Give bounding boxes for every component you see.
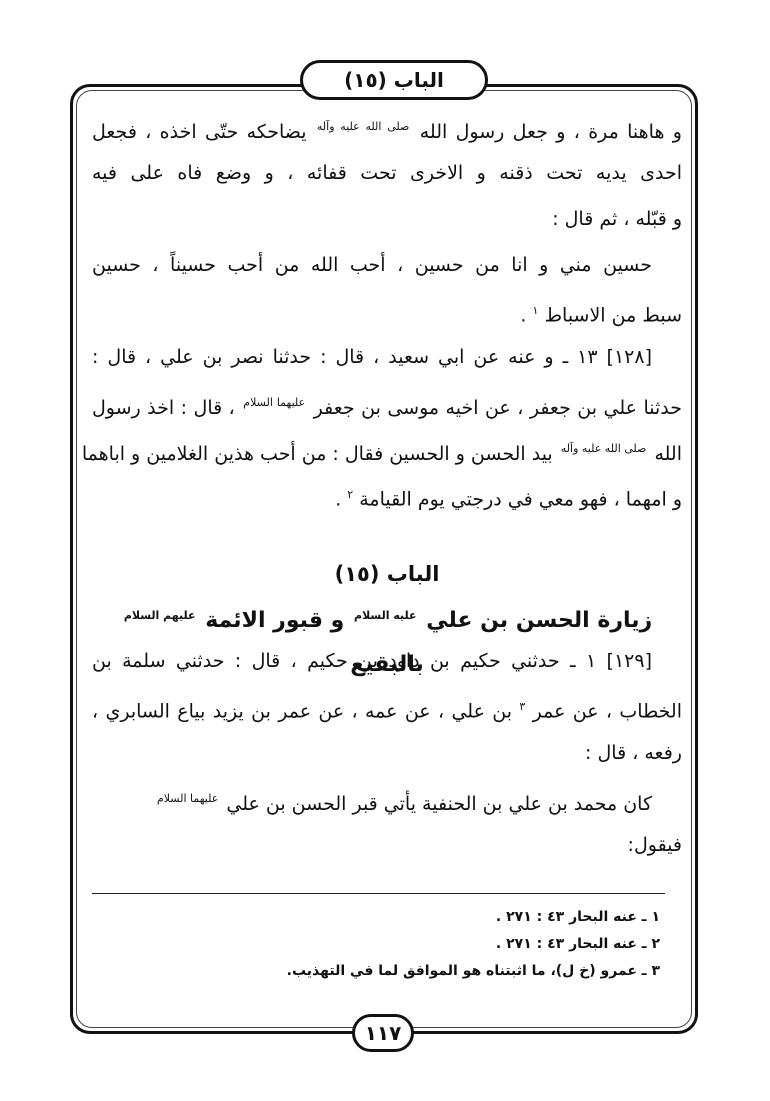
running-header-title: الباب (١٥) [344, 68, 444, 92]
quote-line: حسين مني و انا من حسين ، أحب الله من أحب… [92, 242, 682, 288]
honorific-ligature: عليهما السلام [241, 396, 307, 409]
footnotes: ١ ـ عنه البحار ٤٣ : ٢٧١ . ٢ ـ عنه البحار… [280, 904, 660, 985]
text-span: كان محمد بن علي بن الحنفية يأتي قبر الحس… [226, 793, 652, 815]
text-span: حدثنا علي بن جعفر ، عن اخيه موسى بن جعفر [314, 397, 682, 419]
text-span: الخطاب ، عن عمر [533, 700, 682, 722]
footnote-1: ١ ـ عنه البحار ٤٣ : ٢٧١ . [280, 904, 660, 931]
section-spacer [92, 518, 682, 554]
footnote-2: ٢ ـ عنه البحار ٤٣ : ٢٧١ . [280, 931, 660, 958]
text-span: . [520, 304, 526, 326]
honorific-ligature: عليه السلام [352, 609, 419, 622]
footnote-ref-1[interactable]: ١ [532, 304, 538, 317]
hadith-129-line: فيقول: [92, 822, 682, 868]
quote-line: سبط من الاسباط ١ . [92, 288, 682, 334]
text-span: و امهما ، فهو معي في درجتي يوم القيامة [359, 488, 682, 510]
hadith-129-line: الخطاب ، عن عمر ٣ بن علي ، عن عمه ، عن ع… [92, 684, 682, 730]
text-line: و قبّله ، ثم قال : [92, 196, 682, 242]
text-span: ، قال : اخذ رسول [92, 397, 235, 419]
hadith-129-line: [١٢٩] ١ ـ حدثني حكيم بن داود بن حكيم ، ق… [92, 638, 682, 684]
honorific-ligature: صلى الله عليه وآله [315, 120, 411, 133]
footnote-ref-3[interactable]: ٣ [519, 700, 525, 713]
text-span: سبط من الاسباط [544, 304, 682, 326]
text-span: زيارة الحسن بن علي [426, 608, 652, 633]
page-number-badge: ١١٧ [352, 1014, 414, 1052]
honorific-ligature: صلى الله عليه وآله [559, 442, 649, 455]
hadith-128-line: [١٢٨] ١٣ ـ و عنه عن ابي سعيد ، قال : حدث… [92, 334, 682, 380]
text-line: احدى يديه تحت ذقنه و الاخرى تحت قفائه ، … [92, 150, 682, 196]
hadith-128-line: حدثنا علي بن جعفر ، عن اخيه موسى بن جعفر… [92, 380, 682, 426]
footnote-ref-2[interactable]: ٢ [347, 488, 353, 501]
text-span: بن علي ، عن عمه ، عن عمر بن يزيد بياع ال… [92, 700, 512, 722]
text-span: و هاهنا مرة ، و جعل رسول الله [420, 121, 682, 143]
hadith-128-line: و امهما ، فهو معي في درجتي يوم القيامة ٢… [92, 472, 682, 518]
page-number: ١١٧ [365, 1021, 402, 1045]
hadith-129-line: رفعه ، قال : [92, 730, 682, 776]
honorific-ligature: عليهما السلام [155, 792, 220, 805]
text-line: و هاهنا مرة ، و جعل رسول الله صلى الله ع… [92, 104, 682, 150]
honorific-ligature: عليهم السلام [122, 609, 198, 622]
text-span: الله [654, 443, 682, 465]
running-header: الباب (١٥) [300, 60, 488, 100]
chapter-subtitle: زيارة الحسن بن علي عليه السلام و قبور ال… [92, 594, 682, 638]
footnote-divider [92, 893, 665, 894]
chapter-title: الباب (١٥) [92, 554, 682, 594]
text-span: يضاحكه حتّى اخذه ، فجعل [92, 121, 307, 143]
hadith-129-line: كان محمد بن علي بن الحنفية يأتي قبر الحس… [92, 776, 682, 822]
page-body: و هاهنا مرة ، و جعل رسول الله صلى الله ع… [92, 104, 682, 868]
text-span: بيد الحسن و الحسين فقال : من أحب هذين ال… [82, 443, 553, 465]
footnote-3: ٣ ـ عمرو (خ ل)، ما اثبتناه هو الموافق لم… [280, 958, 660, 985]
text-span: . [335, 488, 341, 510]
text-span: و قبور الائمة [205, 608, 344, 633]
hadith-128-line: الله صلى الله عليه وآله بيد الحسن و الحس… [92, 426, 682, 472]
